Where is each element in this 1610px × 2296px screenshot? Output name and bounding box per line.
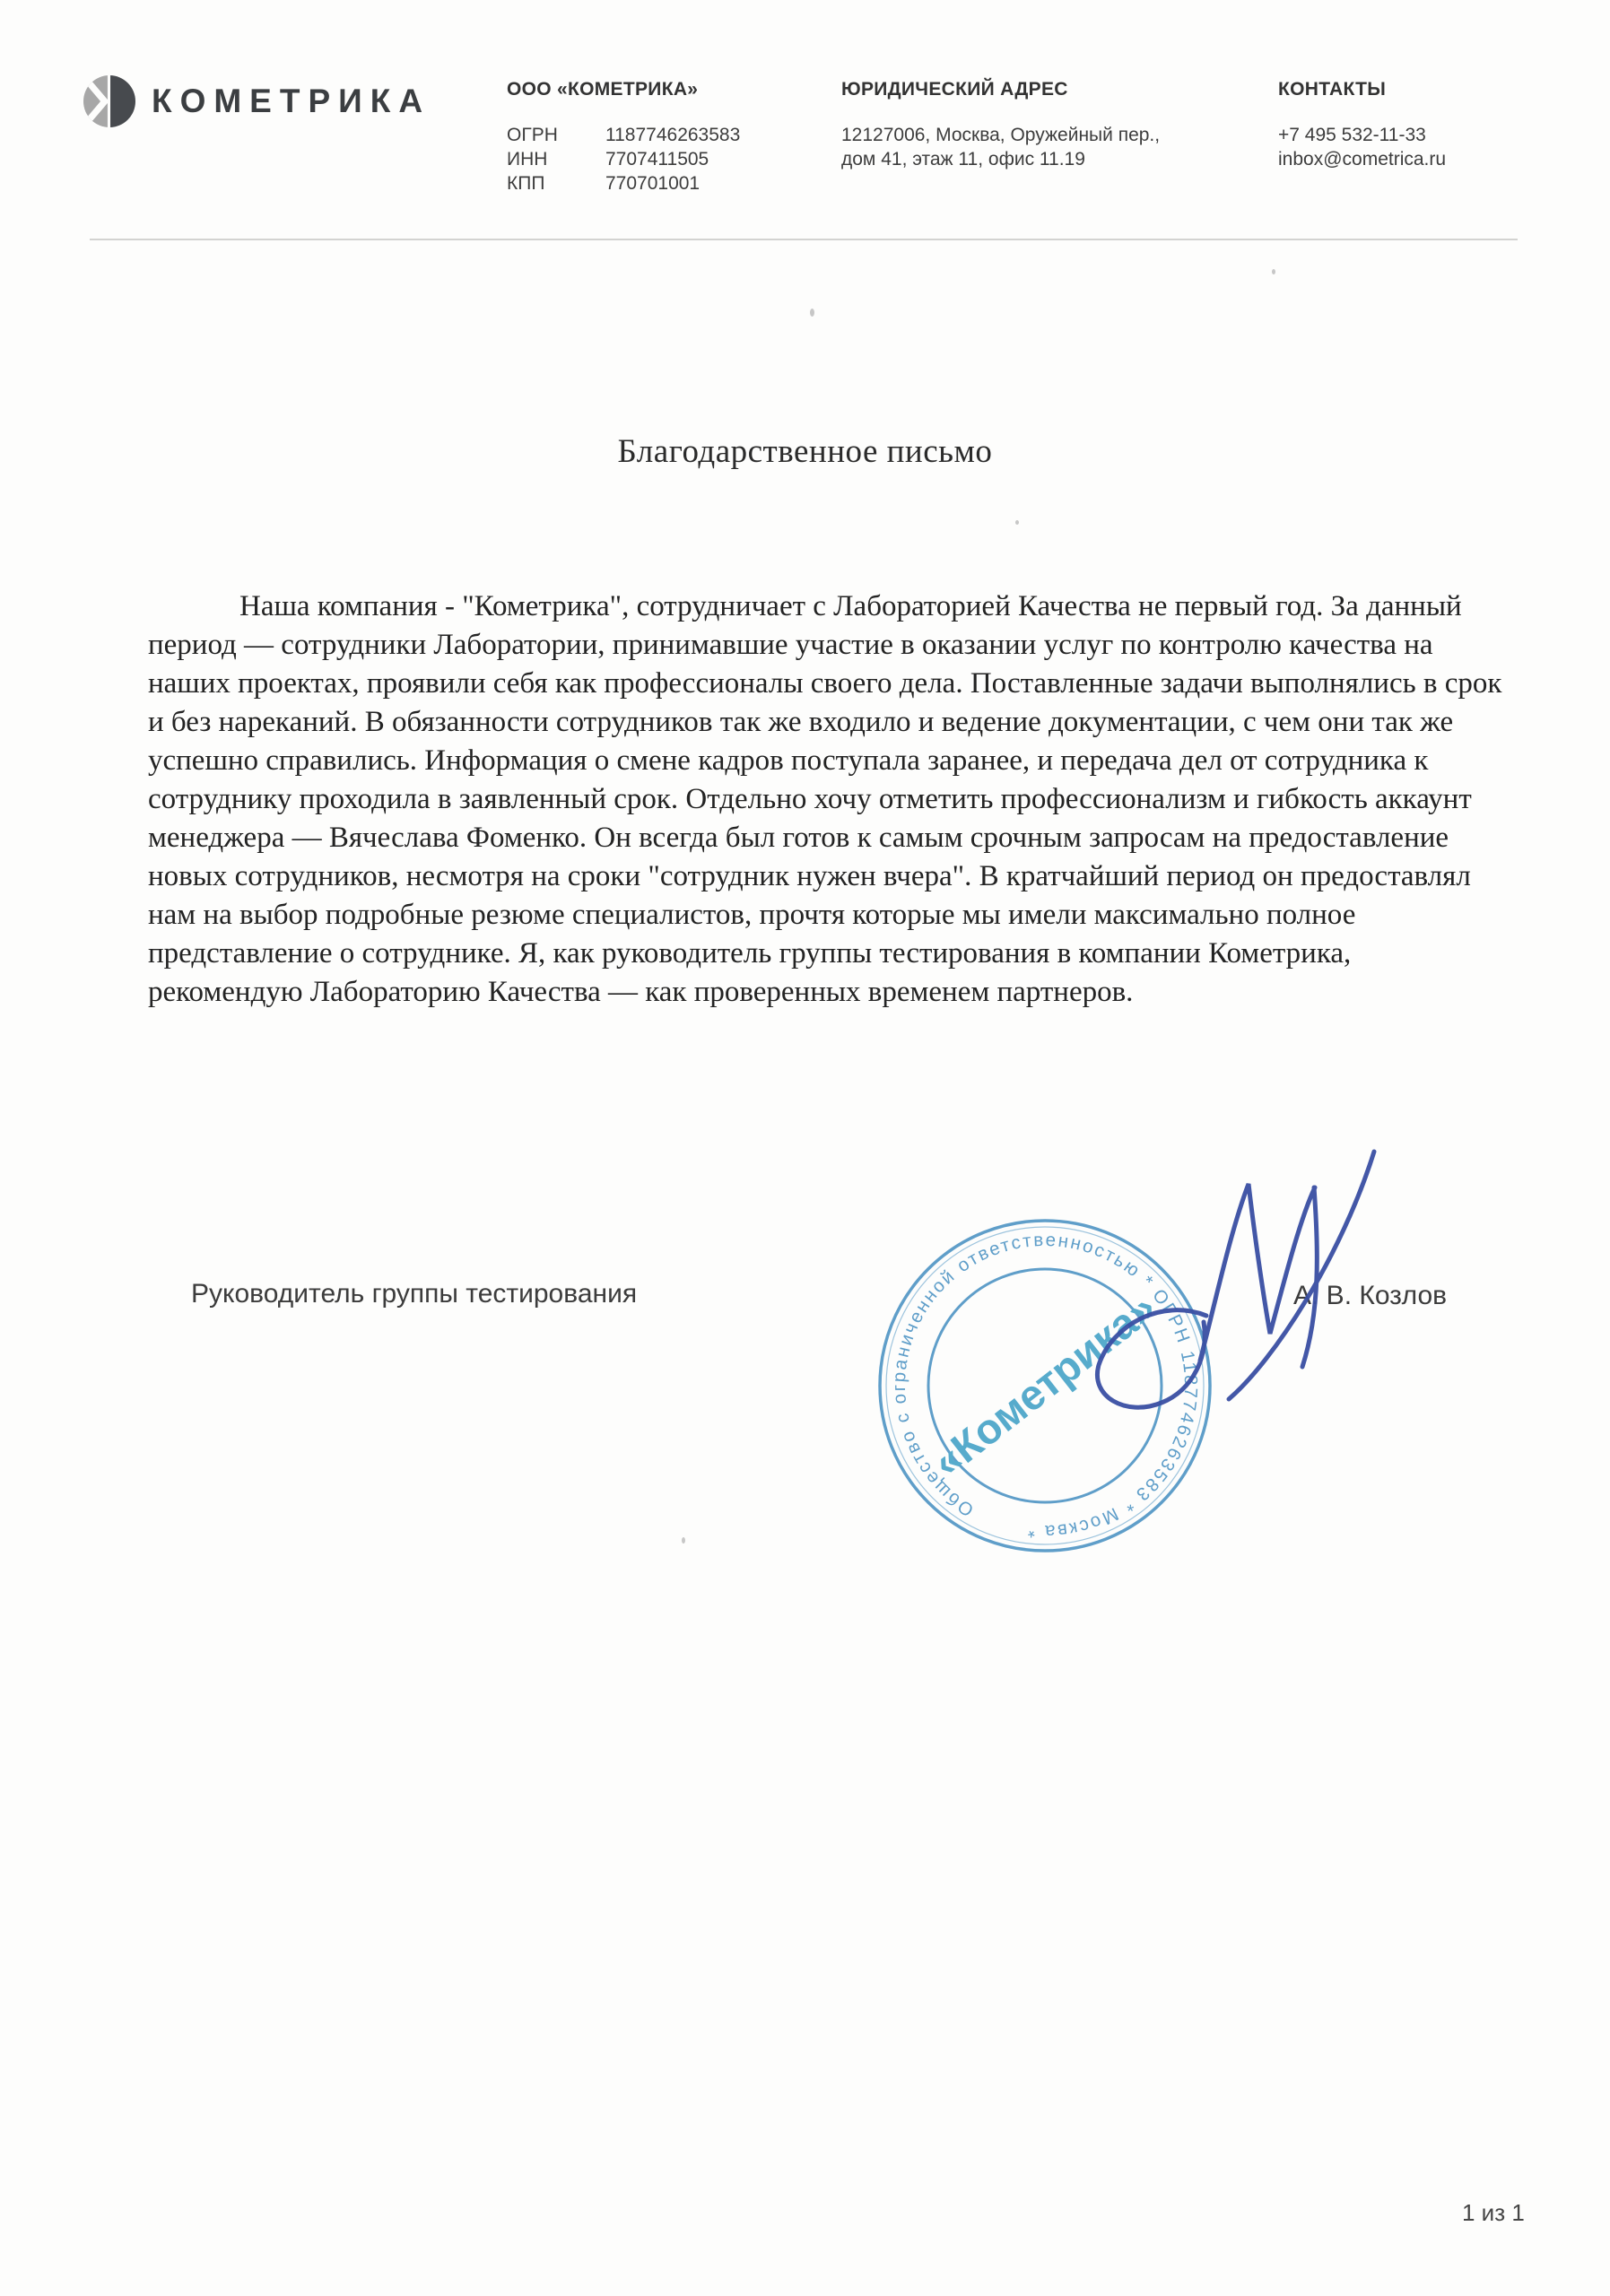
requisite-row: ИНН 7707411505 <box>507 147 830 171</box>
company-name: ООО «КОМЕТРИКА» <box>507 77 830 101</box>
kometrika-logo-icon <box>83 75 135 127</box>
requisite-label: КПП <box>507 171 605 196</box>
signature-loop-stroke <box>1097 1310 1206 1407</box>
legal-address-line: 12127006, Москва, Оружейный пер., <box>841 123 1254 147</box>
letter-body: Наша компания - "Кометрика", сотрудничае… <box>148 587 1511 1012</box>
scan-speck <box>810 309 814 317</box>
scan-speck <box>1272 269 1275 274</box>
scanned-letter-page: КОМЕТРИКА ООО «КОМЕТРИКА» ОГРН 118774626… <box>0 0 1610 2296</box>
requisite-row: КПП 770701001 <box>507 171 830 196</box>
requisite-label: ИНН <box>507 147 605 171</box>
scan-speck <box>682 1537 685 1544</box>
letter-title: Благодарственное письмо <box>0 432 1610 471</box>
requisite-value: 7707411505 <box>605 147 709 171</box>
page-number: 1 из 1 <box>1462 2199 1525 2227</box>
requisite-value: 1187746263583 <box>605 123 740 147</box>
contact-email: inbox@cometrica.ru <box>1278 147 1565 171</box>
header-divider <box>90 239 1518 240</box>
signatory-role: Руководитель группы тестирования <box>191 1279 637 1309</box>
header-contacts: КОНТАКТЫ +7 495 532-11-33 inbox@cometric… <box>1278 77 1565 171</box>
legal-address-title: ЮРИДИЧЕСКИЙ АДРЕС <box>841 77 1254 101</box>
handwritten-signature <box>1005 1132 1390 1437</box>
header-company-requisites: ООО «КОМЕТРИКА» ОГРН 1187746263583 ИНН 7… <box>507 77 830 196</box>
company-logo: КОМЕТРИКА <box>83 75 431 127</box>
scan-speck <box>1015 520 1019 525</box>
contacts-title: КОНТАКТЫ <box>1278 77 1565 101</box>
requisite-row: ОГРН 1187746263583 <box>507 123 830 147</box>
signature-letter-stroke <box>1200 1184 1315 1361</box>
header-legal-address: ЮРИДИЧЕСКИЙ АДРЕС 12127006, Москва, Оруж… <box>841 77 1254 171</box>
legal-address-line: дом 41, этаж 11, офис 11.19 <box>841 147 1254 171</box>
logo-wordmark: КОМЕТРИКА <box>152 83 431 120</box>
requisite-value: 770701001 <box>605 171 700 196</box>
contact-phone: +7 495 532-11-33 <box>1278 123 1565 147</box>
requisite-label: ОГРН <box>507 123 605 147</box>
